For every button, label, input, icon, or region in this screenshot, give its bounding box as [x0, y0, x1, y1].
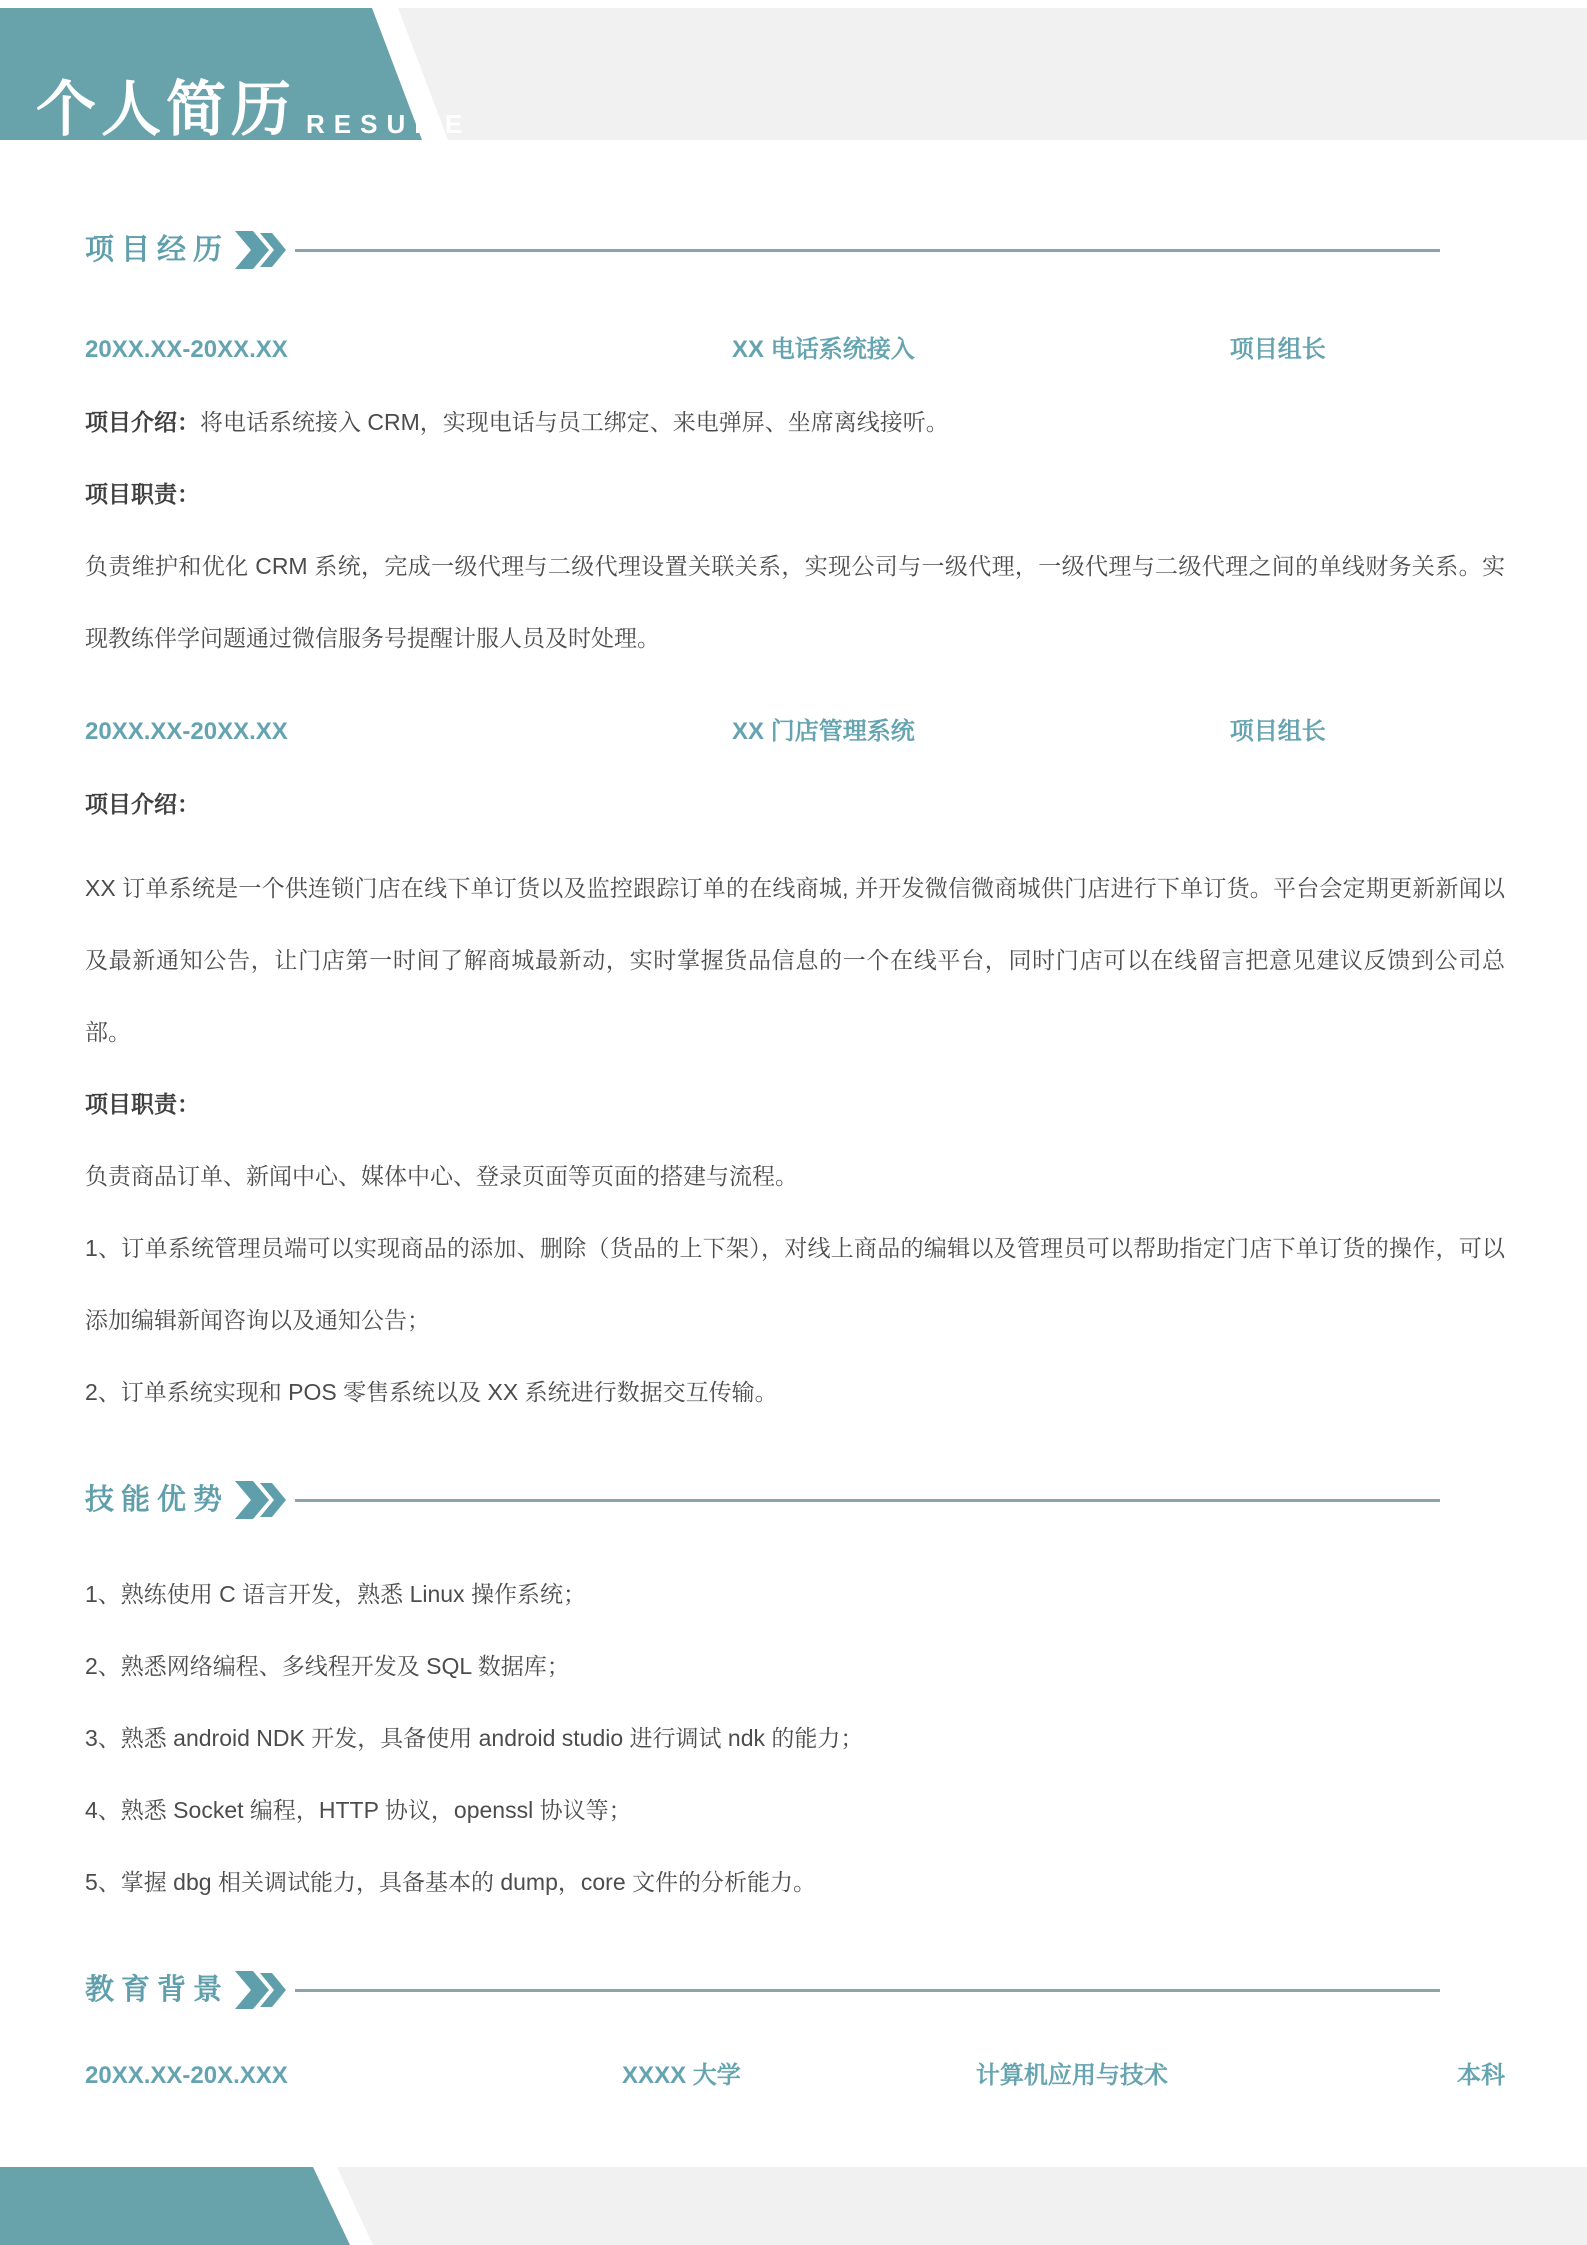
section-divider	[295, 1499, 1440, 1502]
project-duty-label-line: 项目职责：	[85, 458, 1505, 530]
section-header-projects: 项目经历	[85, 214, 1505, 286]
skill-item: 1、熟练使用 C 语言开发，熟悉 Linux 操作系统；	[85, 1558, 1505, 1630]
double-chevron-icon	[235, 231, 287, 269]
project-date: 20XX.XX-20XX.XX	[85, 696, 596, 768]
project-intro-label: 项目介绍：	[85, 791, 200, 817]
resume-content: 项目经历 20XX.XX-20XX.XX XX 电话系统接入 项目组长 项目介绍…	[85, 140, 1505, 2112]
project-duty-item: 1、订单系统管理员端可以实现商品的添加、删除（货品的上下架），对线上商品的编辑以…	[85, 1212, 1505, 1356]
section-title-education: 教育背景	[85, 1976, 229, 2005]
project-duty-item: 2、订单系统实现和 POS 零售系统以及 XX 系统进行数据交互传输。	[85, 1356, 1505, 1428]
project-intro-label-line: 项目介绍：	[85, 768, 1505, 840]
project-duty-intro: 负责商品订单、新闻中心、媒体中心、登录页面等页面的搭建与流程。	[85, 1140, 1505, 1212]
project-duty-label-line: 项目职责：	[85, 1068, 1505, 1140]
project-intro-line: 项目介绍：将电话系统接入 CRM，实现电话与员工绑定、来电弹屏、坐席离线接听。	[85, 386, 1505, 458]
resume-title-cn: 个人简历	[36, 80, 296, 140]
resume-page: 个人简历 RESUME 项目经历 20XX.XX-20XX.XX XX 电话系统…	[0, 0, 1587, 2245]
project-meta-row: 20XX.XX-20XX.XX XX 电话系统接入 项目组长	[85, 314, 1505, 386]
education-degree: 本科	[1292, 2040, 1505, 2112]
section-header-education: 教育背景	[85, 1954, 1505, 2026]
double-chevron-icon	[235, 1481, 287, 1519]
section-header-skills: 技能优势	[85, 1464, 1505, 1536]
project-meta-row: 20XX.XX-20XX.XX XX 门店管理系统 项目组长	[85, 696, 1505, 768]
skill-item: 4、熟悉 Socket 编程，HTTP 协议，openssl 协议等；	[85, 1774, 1505, 1846]
resume-title-en: RESUME	[306, 111, 471, 140]
project-role: 项目组长	[1051, 314, 1505, 386]
skill-item: 3、熟悉 android NDK 开发，具备使用 android studio …	[85, 1702, 1505, 1774]
education-major: 计算机应用与技术	[852, 2040, 1292, 2112]
project-duty-label: 项目职责：	[85, 1091, 200, 1117]
project-name: XX 电话系统接入	[596, 314, 1050, 386]
project-duty-paragraph: 负责维护和优化 CRM 系统，完成一级代理与二级代理设置关联关系，实现公司与一级…	[85, 530, 1505, 674]
education-date: 20XX.XX-20X.XXX	[85, 2040, 511, 2112]
project-intro-label: 项目介绍：	[85, 409, 200, 435]
project-intro-paragraph: XX 订单系统是一个供连锁门店在线下单订货以及监控跟踪订单的在线商城, 并开发微…	[85, 852, 1505, 1068]
project-name: XX 门店管理系统	[596, 696, 1050, 768]
top-banner: 个人简历 RESUME	[0, 8, 1587, 140]
section-divider	[295, 249, 1440, 252]
bottom-banner	[0, 2167, 1587, 2245]
double-chevron-icon	[235, 1971, 287, 2009]
project-duty-label: 项目职责：	[85, 481, 200, 507]
section-title-projects: 项目经历	[85, 236, 229, 265]
education-row: 20XX.XX-20X.XXX XXXX 大学 计算机应用与技术 本科	[85, 2040, 1505, 2112]
section-title-skills: 技能优势	[85, 1486, 229, 1515]
project-date: 20XX.XX-20XX.XX	[85, 314, 596, 386]
section-divider	[295, 1989, 1440, 1992]
skill-item: 2、熟悉网络编程、多线程开发及 SQL 数据库；	[85, 1630, 1505, 1702]
education-school: XXXX 大学	[511, 2040, 852, 2112]
banner-title: 个人简历 RESUME	[36, 8, 471, 162]
skill-item: 5、掌握 dbg 相关调试能力，具备基本的 dump，core 文件的分析能力。	[85, 1846, 1505, 1918]
project-intro-text: 将电话系统接入 CRM，实现电话与员工绑定、来电弹屏、坐席离线接听。	[200, 409, 949, 435]
project-role: 项目组长	[1051, 696, 1505, 768]
